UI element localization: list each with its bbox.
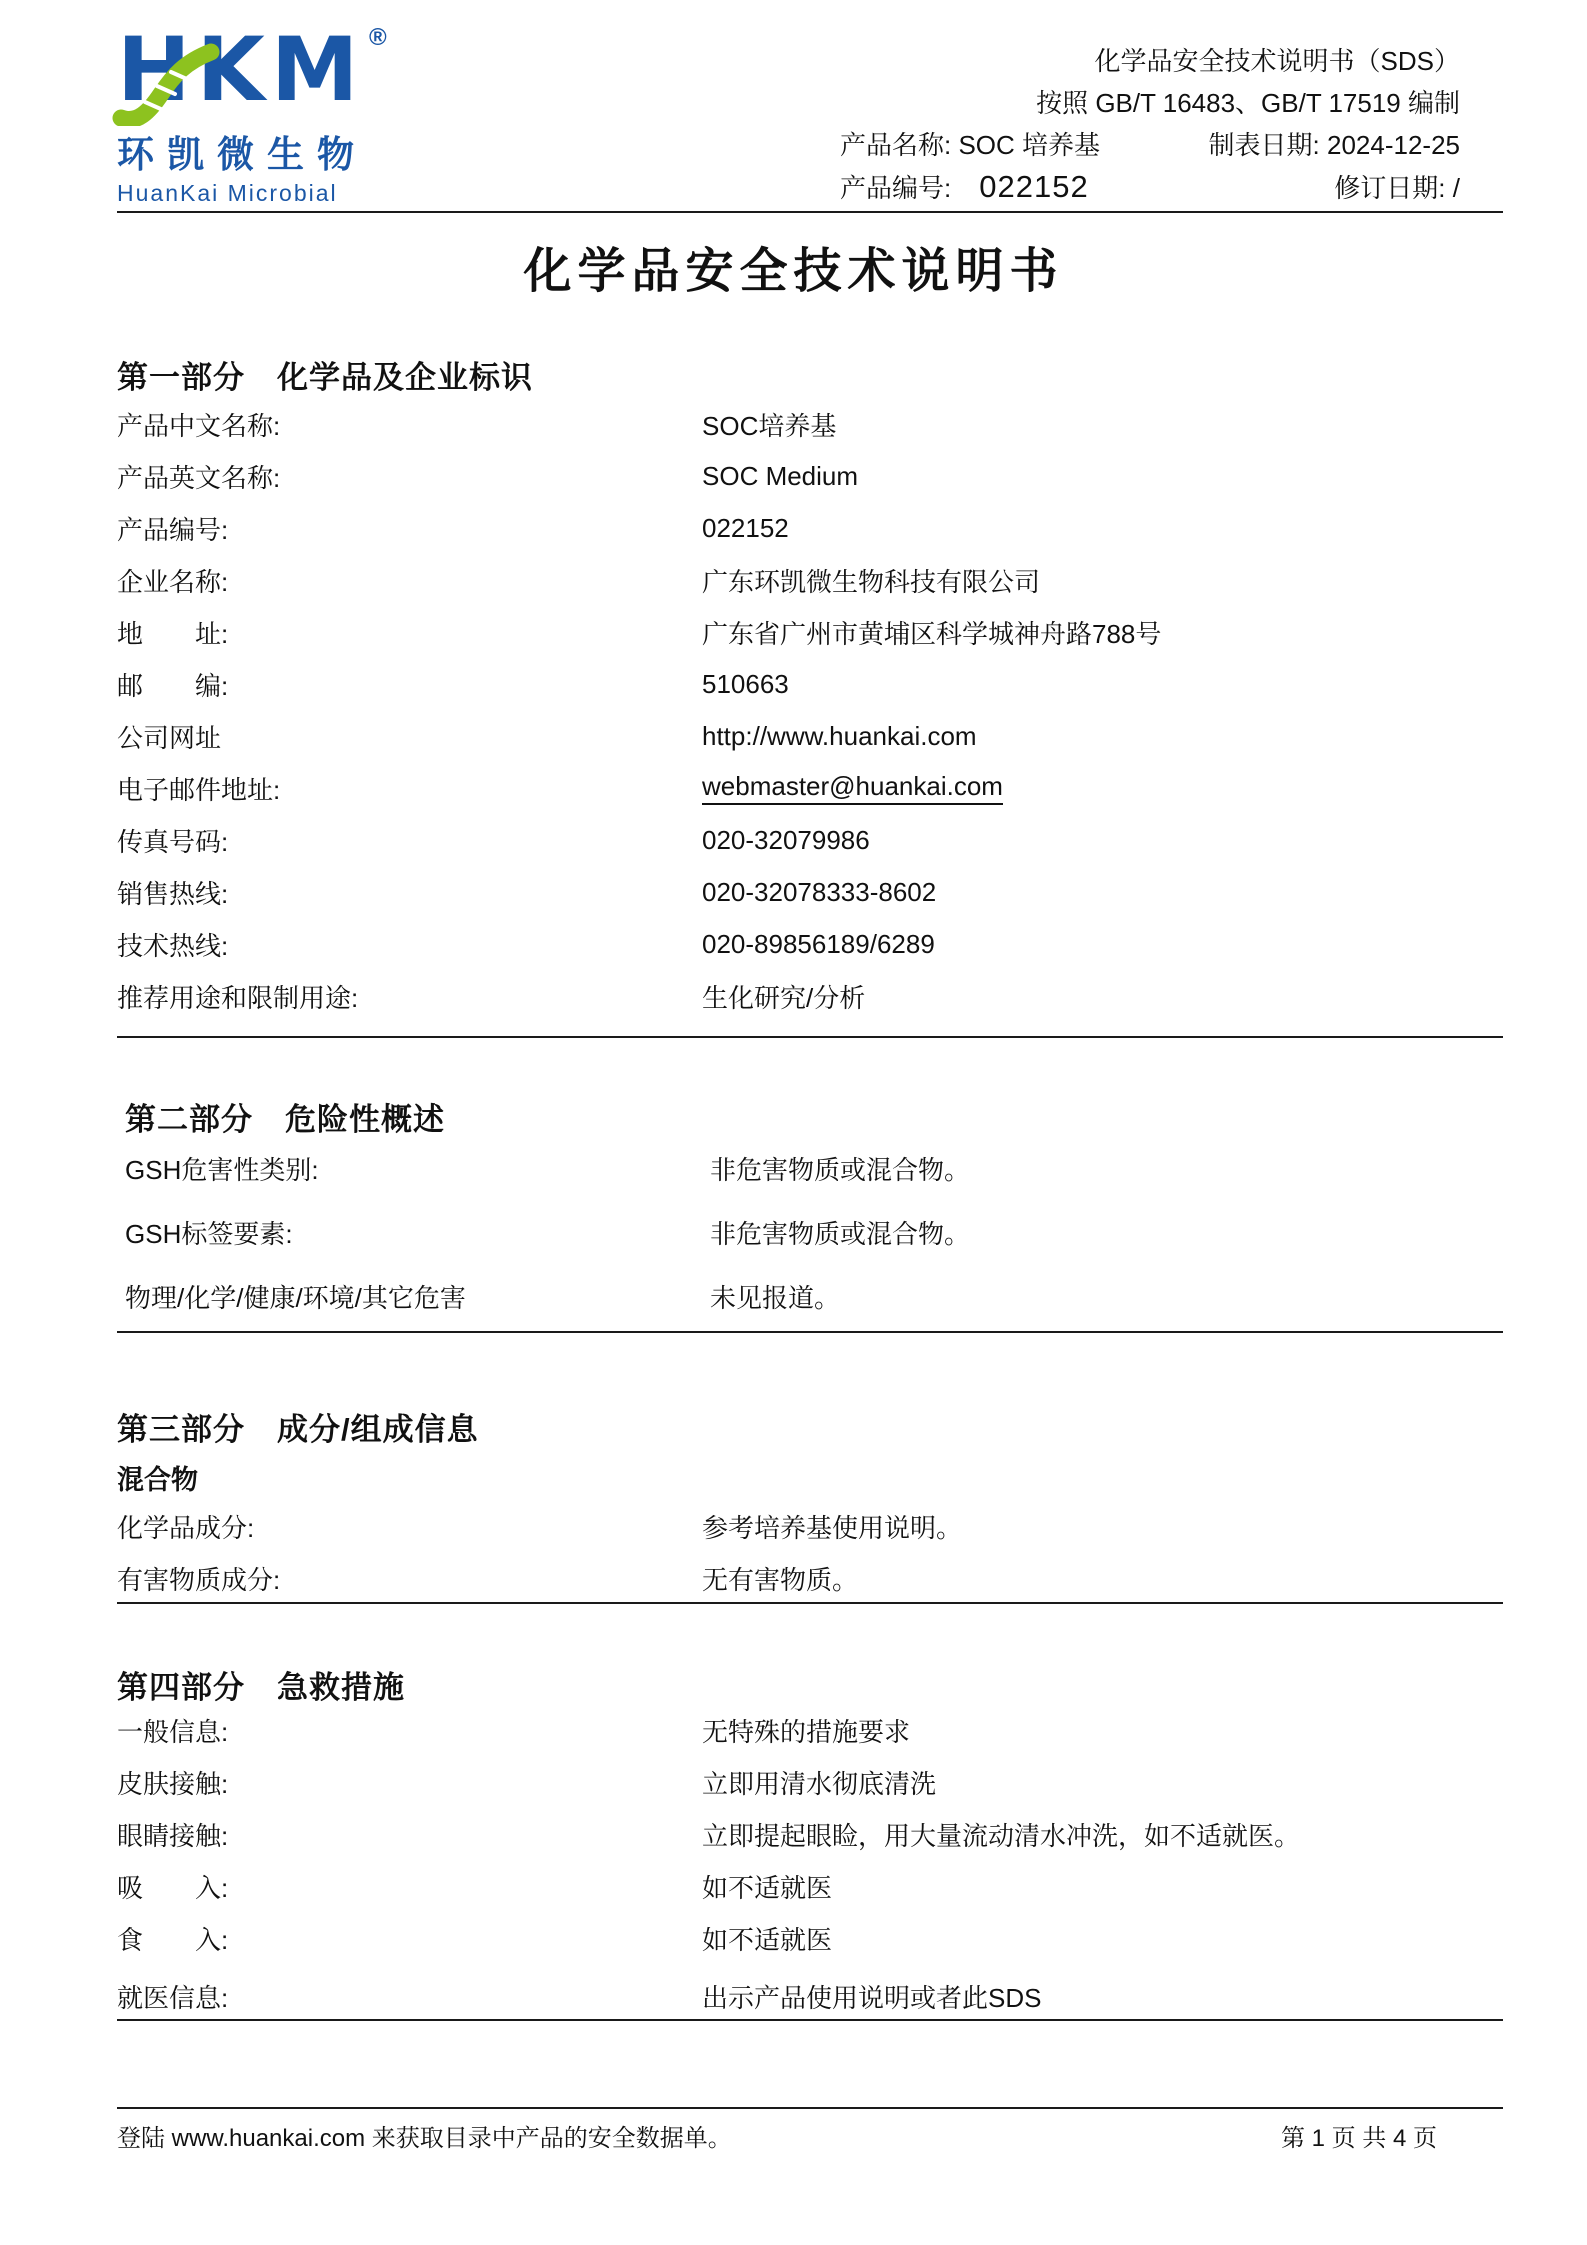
page-number: 第 1 页 共 4 页 — [1281, 2118, 1437, 2153]
field-label: 地 址: — [117, 614, 702, 651]
field-row: 产品编号: 022152 — [117, 502, 1503, 554]
field-label: 眼睛接触: — [117, 1816, 702, 1853]
revision-date-value: / — [1453, 167, 1460, 209]
field-label: 技术热线: — [117, 926, 702, 963]
product-name-date-line: 产品名称: SOC 培养基 制表日期: 2024-12-25 — [840, 124, 1460, 166]
field-row: 公司网址 http://www.huankai.com — [117, 710, 1503, 762]
field-value: 020-32078333-8602 — [702, 877, 1503, 908]
field-row: 眼睛接触: 立即提起眼睑，用大量流动清水冲洗，如不适就医。 — [117, 1808, 1503, 1860]
field-label: 吸 入: — [117, 1868, 702, 1905]
field-value: 020-32079986 — [702, 825, 1503, 856]
section-2-rows: GSH危害性类别: 非危害物质或混合物。 GSH标签要素: 非危害物质或混合物。… — [125, 1136, 1503, 1328]
field-row: 食 入: 如不适就医 — [117, 1912, 1503, 1964]
product-code-revision-line: 产品编号: 022152 修订日期: / — [840, 166, 1460, 209]
field-label: 公司网址 — [117, 718, 702, 755]
field-value: 如不适就医 — [702, 1920, 1503, 1957]
field-row: 就医信息: 出示产品使用说明或者此SDS — [117, 1970, 1503, 2022]
product-code-label: 产品编号: — [840, 167, 951, 209]
section-1-heading: 第一部分 化学品及企业标识 — [117, 352, 533, 397]
page-title: 化学品安全技术说明书 — [0, 232, 1587, 301]
field-label: 企业名称: — [117, 562, 702, 599]
field-label: 传真号码: — [117, 822, 702, 859]
field-value: 出示产品使用说明或者此SDS — [702, 1978, 1503, 2015]
registered-trademark-icon: ® — [369, 24, 387, 52]
section-2-heading: 第二部分 危险性概述 — [125, 1094, 445, 1139]
section-3-subheading: 混合物 — [117, 1458, 198, 1497]
field-label: 就医信息: — [117, 1978, 702, 2015]
field-row: 吸 入: 如不适就医 — [117, 1860, 1503, 1912]
header-info-block: 化学品安全技术说明书（SDS） 按照 GB/T 16483、GB/T 17519… — [840, 40, 1460, 209]
field-row: 传真号码: 020-32079986 — [117, 814, 1503, 866]
field-value: 510663 — [702, 669, 1503, 700]
field-value: 广东环凯微生物科技有限公司 — [702, 562, 1503, 599]
product-name-value: SOC 培养基 — [958, 124, 1100, 166]
field-row: 化学品成分: 参考培养基使用说明。 — [117, 1500, 1503, 1552]
section-3-heading: 第三部分 成分/组成信息 — [117, 1404, 479, 1449]
field-label: 化学品成分: — [117, 1508, 702, 1545]
field-row: 产品英文名称: SOC Medium — [117, 450, 1503, 502]
section-4-heading: 第四部分 急救措施 — [117, 1662, 405, 1707]
field-value: 立即用清水彻底清洗 — [702, 1764, 1503, 1801]
field-row: 有害物质成分: 无有害物质。 — [117, 1552, 1503, 1604]
field-row: 产品中文名称: SOC培养基 — [117, 398, 1503, 450]
field-row: 皮肤接触: 立即用清水彻底清洗 — [117, 1756, 1503, 1808]
field-row: 销售热线: 020-32078333-8602 — [117, 866, 1503, 918]
section-1-divider — [117, 1036, 1503, 1038]
section-3-rows: 化学品成分: 参考培养基使用说明。 有害物质成分: 无有害物质。 — [117, 1500, 1503, 1604]
field-label: 食 入: — [117, 1920, 702, 1957]
field-row: 物理/化学/健康/环境/其它危害 未见报道。 — [125, 1264, 1503, 1328]
field-value: 参考培养基使用说明。 — [702, 1508, 1503, 1545]
field-row: 推荐用途和限制用途: 生化研究/分析 — [117, 970, 1503, 1022]
hkm-logo-mark: HKM ® — [117, 26, 407, 118]
made-date-label: 制表日期: — [1209, 124, 1320, 166]
section-4-rows: 一般信息: 无特殊的措施要求 皮肤接触: 立即用清水彻底清洗 眼睛接触: 立即提… — [117, 1704, 1503, 2022]
field-value: 022152 — [702, 513, 1503, 544]
section-4-divider — [117, 2019, 1503, 2021]
field-value: 未见报道。 — [710, 1278, 1503, 1315]
field-value: 非危害物质或混合物。 — [710, 1150, 1503, 1187]
doc-type-line: 化学品安全技术说明书（SDS） — [840, 40, 1460, 82]
section-3-divider — [117, 1602, 1503, 1604]
made-date-value: 2024-12-25 — [1327, 124, 1460, 166]
field-label: 产品编号: — [117, 510, 702, 547]
field-label: 皮肤接触: — [117, 1764, 702, 1801]
section-1-rows: 产品中文名称: SOC培养基 产品英文名称: SOC Medium 产品编号: … — [117, 398, 1503, 1022]
standard-line: 按照 GB/T 16483、GB/T 17519 编制 — [840, 82, 1460, 124]
field-value: 广东省广州市黄埔区科学城神舟路788号 — [702, 614, 1503, 651]
field-label: 产品英文名称: — [117, 458, 702, 495]
field-row: 技术热线: 020-89856189/6289 — [117, 918, 1503, 970]
field-value: 立即提起眼睑，用大量流动清水冲洗，如不适就医。 — [702, 1816, 1503, 1853]
field-label: 有害物质成分: — [117, 1560, 702, 1597]
field-row: GSH危害性类别: 非危害物质或混合物。 — [125, 1136, 1503, 1200]
field-value: 如不适就医 — [702, 1868, 1503, 1905]
footer-divider — [117, 2107, 1503, 2109]
field-label: 邮 编: — [117, 666, 702, 703]
header-divider — [117, 211, 1503, 213]
revision-date-label: 修订日期: — [1334, 167, 1445, 209]
field-label: GSH标签要素: — [125, 1214, 710, 1251]
website-url: http://www.huankai.com — [702, 721, 1503, 752]
field-row: 电子邮件地址: webmaster@huankai.com — [117, 762, 1503, 814]
field-value: SOC培养基 — [702, 406, 1503, 443]
field-label: 产品中文名称: — [117, 406, 702, 443]
footer-note: 登陆 www.huankai.com 来获取目录中产品的安全数据单。 — [117, 2118, 732, 2153]
field-label: GSH危害性类别: — [125, 1150, 710, 1187]
logo-chinese-name: 环凯微生物 — [117, 124, 417, 178]
field-value: 020-89856189/6289 — [702, 929, 1503, 960]
field-label: 一般信息: — [117, 1712, 702, 1749]
dna-ribbon-icon — [111, 30, 241, 126]
field-row: GSH标签要素: 非危害物质或混合物。 — [125, 1200, 1503, 1264]
field-label: 推荐用途和限制用途: — [117, 978, 702, 1015]
field-value: 无有害物质。 — [702, 1560, 1503, 1597]
field-row: 邮 编: 510663 — [117, 658, 1503, 710]
field-label: 销售热线: — [117, 874, 702, 911]
field-row: 企业名称: 广东环凯微生物科技有限公司 — [117, 554, 1503, 606]
field-value: 生化研究/分析 — [702, 978, 1503, 1015]
section-2-divider — [117, 1331, 1503, 1333]
field-row: 一般信息: 无特殊的措施要求 — [117, 1704, 1503, 1756]
field-value: 无特殊的措施要求 — [702, 1712, 1503, 1749]
product-code-value: 022152 — [979, 166, 1088, 208]
field-value: 非危害物质或混合物。 — [710, 1214, 1503, 1251]
field-label: 电子邮件地址: — [117, 770, 702, 807]
sds-document-page: HKM ® 环凯微生物 HuanKai Microbial 化学品安全技术说明书… — [0, 0, 1587, 2245]
field-value: SOC Medium — [702, 461, 1503, 492]
email-link[interactable]: webmaster@huankai.com — [702, 771, 1003, 805]
field-label: 物理/化学/健康/环境/其它危害 — [125, 1278, 710, 1315]
product-name-label: 产品名称: — [840, 124, 951, 166]
logo-english-name: HuanKai Microbial — [117, 180, 417, 207]
company-logo: HKM ® 环凯微生物 HuanKai Microbial — [117, 26, 417, 207]
field-row: 地 址: 广东省广州市黄埔区科学城神舟路788号 — [117, 606, 1503, 658]
